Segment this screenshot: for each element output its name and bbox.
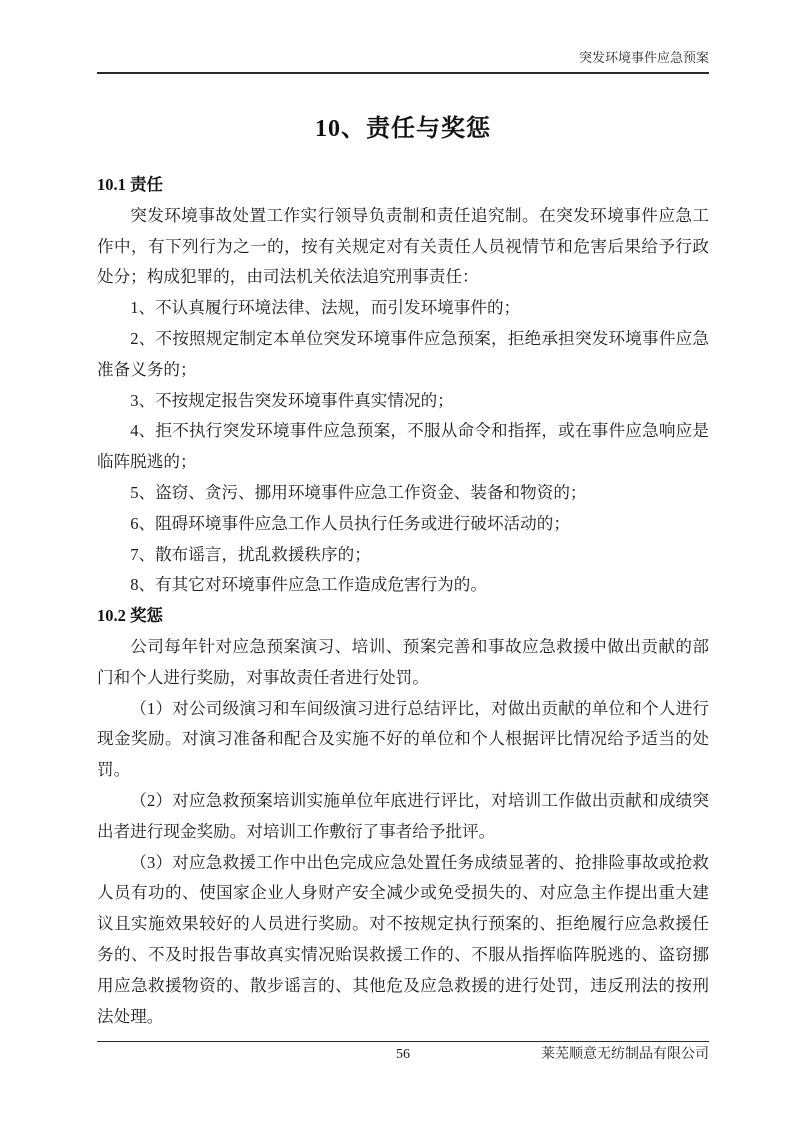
paragraph-reward-3: （3）对应急救援工作中出色完成应急处置任务成绩显著的、抢排险事故或抢救人员有功的… [97, 848, 709, 1033]
list-item-1: 1、不认真履行环境法律、法规，而引发环境事件的； [97, 293, 709, 324]
page-footer: 56 莱芜顺意无纺制品有限公司 [97, 1041, 709, 1067]
chapter-title: 10、责任与奖惩 [97, 114, 709, 144]
footer-divider [97, 1041, 709, 1042]
list-item-8: 8、有其它对环境事件应急工作造成危害行为的。 [97, 570, 709, 601]
list-item-7: 7、散布谣言，扰乱救援秩序的； [97, 540, 709, 571]
paragraph-reward-intro: 公司每年针对应急预案演习、培训、预案完善和事故应急救援中做出贡献的部门和个人进行… [97, 632, 709, 694]
document-page: 突发环境事件应急预案 10、责任与奖惩 10.1 责任 突发环境事故处置工作实行… [0, 0, 800, 1131]
list-item-6: 6、阻碍环境事件应急工作人员执行任务或进行破坏活动的； [97, 509, 709, 540]
header-divider [97, 72, 709, 74]
header-title: 突发环境事件应急预案 [97, 50, 709, 66]
paragraph-responsibility-intro: 突发环境事故处置工作实行领导负责制和责任追究制。在突发环境事件应急工作中，有下列… [97, 201, 709, 293]
document-body: 10.1 责任 突发环境事故处置工作实行领导负责制和责任追究制。在突发环境事件应… [97, 170, 709, 1032]
list-item-3: 3、不按规定报告突发环境事件真实情况的； [97, 386, 709, 417]
footer-row: 56 莱芜顺意无纺制品有限公司 [97, 1045, 709, 1067]
paragraph-reward-2: （2）对应急救预案培训实施单位年底进行评比，对培训工作做出贡献和成绩突出者进行现… [97, 786, 709, 848]
page-header: 突发环境事件应急预案 [97, 0, 709, 74]
list-item-5: 5、盗窃、贪污、挪用环境事件应急工作资金、装备和物资的； [97, 478, 709, 509]
section-heading-10-1: 10.1 责任 [97, 170, 709, 201]
section-heading-10-2: 10.2 奖惩 [97, 601, 709, 632]
list-item-2: 2、不按照规定制定本单位突发环境事件应急预案，拒绝承担突发环境事件应急准备义务的… [97, 324, 709, 386]
footer-company-name: 莱芜顺意无纺制品有限公司 [541, 1045, 709, 1065]
paragraph-reward-1: （1）对公司级演习和车间级演习进行总结评比，对做出贡献的单位和个人进行现金奖励。… [97, 694, 709, 786]
list-item-4: 4、拒不执行突发环境事件应急预案，不服从命令和指挥，或在事件应急响应是临阵脱逃的… [97, 416, 709, 478]
